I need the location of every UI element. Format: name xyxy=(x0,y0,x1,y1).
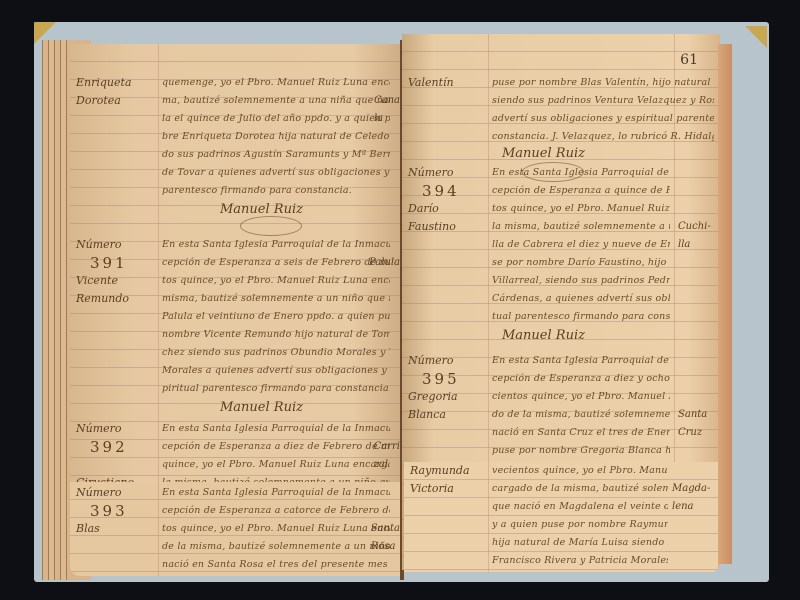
side-note-line: Cana xyxy=(374,92,400,110)
text-line: tos quince, yo el Pbro. Manuel Ruiz Luna… xyxy=(492,200,670,218)
text-line: y a quien puse por nombre Raymunda Victo… xyxy=(492,516,668,534)
entry-text: En esta Santa Iglesia Parroquial de la I… xyxy=(162,236,390,398)
text-line: vecientos quince, yo el Pbro. Manuel Rui… xyxy=(492,462,668,480)
side-note: Carri zal xyxy=(374,438,400,474)
text-line: En esta Santa Iglesia Parroquial de la I… xyxy=(162,420,390,438)
entry-name-margin: Valentín xyxy=(408,74,488,92)
text-line: piritual parentesco firmando para consta… xyxy=(162,380,390,398)
text-line: En esta Santa Iglesia Parroquial de la I… xyxy=(162,236,390,254)
entry-number: 391 xyxy=(76,254,156,272)
text-line: Morales a quienes advertí sus obligacion… xyxy=(162,362,390,380)
text-line: la misma, bautizé solemnemente a un niño… xyxy=(492,218,670,236)
text-line: do sus padrinos Agustín Saramunts y Mª B… xyxy=(162,146,390,164)
text-line: que nació en Magdalena el veinte de Ener… xyxy=(492,498,668,516)
side-note-line: lena xyxy=(672,498,710,516)
text-line: hija natural de María Luisa siendo sus p… xyxy=(492,534,668,552)
name-line: Valentín xyxy=(408,74,488,92)
text-line: tos quince, yo el Pbro. Manuel Ruiz Luna… xyxy=(162,272,390,290)
side-note-line: Magda- xyxy=(672,480,710,498)
name-line: Darío xyxy=(408,200,488,218)
text-line: chez siendo sus padrinos Obundio Morales… xyxy=(162,344,390,362)
signature: Manuel Ruiz xyxy=(220,202,303,217)
name-line: Raymunda xyxy=(410,462,490,480)
text-line: nombre Vicente Remundo hijo natural de T… xyxy=(162,326,390,344)
side-note-line: Cuchi- xyxy=(678,218,711,236)
entry-label: Número xyxy=(76,420,156,438)
left-page-lower: Número 393 Blas En esta Santa Iglesia Pa… xyxy=(70,482,402,576)
text-line: quince, yo el Pbro. Manuel Ruiz Luna enc… xyxy=(162,456,390,474)
text-line: constancia. J. Velazquez, lo rubricó R. … xyxy=(492,128,714,146)
entry-name-margin: Enriqueta Dorotea xyxy=(76,74,156,110)
text-line: Villarreal, siendo sus padrinos Pedro Av… xyxy=(492,272,670,290)
name-line: Faustino xyxy=(408,218,488,236)
text-line: nació en Santa Cruz el tres de Enero ppd… xyxy=(492,424,670,442)
entry-number: 393 xyxy=(76,502,156,520)
side-note-line: Palula xyxy=(369,254,400,272)
side-note: Santa Rosa xyxy=(371,520,400,556)
side-note: Cuchi- lla xyxy=(678,218,711,254)
side-note-line: Rosa xyxy=(371,538,400,556)
text-line: cepción de Esperanza a seis de Febrero d… xyxy=(162,254,390,272)
text-line: ma, bautizé solemnemente a una niña que … xyxy=(162,92,390,110)
entry-label: Número xyxy=(76,484,156,502)
entry-number-margin: Número 393 Blas xyxy=(76,484,156,538)
entry-number-margin: Número 395 Gregoria Blanca xyxy=(408,352,488,424)
text-line: do de la misma, bautizé solemnemente a u… xyxy=(492,406,670,424)
entry-number: 395 xyxy=(408,370,488,388)
text-line: siendo sus padrinos Ventura Velazquez y … xyxy=(492,92,714,110)
entry-number-margin: Número 391 Vicente Remundo xyxy=(76,236,156,308)
name-line: Blas xyxy=(76,520,156,538)
entry-number: 394 xyxy=(408,182,488,200)
name-line: Gregoria xyxy=(408,388,488,406)
text-line: cepción de Esperanza a diez de Febrero d… xyxy=(162,438,390,456)
side-note-line: lla xyxy=(678,236,711,254)
text-line: puse por nombre Blas Valentín, hijo natu… xyxy=(492,74,714,92)
side-note-line: Santa xyxy=(371,520,400,538)
side-note: Palula xyxy=(369,254,400,272)
text-line: cargado de la misma, bautizé solemnement… xyxy=(492,480,668,498)
text-line: de la misma, bautizé solemnemente a un n… xyxy=(162,538,390,556)
text-line: tual parentesco firmando para constancia… xyxy=(492,308,670,326)
page-edge-right xyxy=(718,44,732,564)
text-line: En esta Santa Iglesia Parroquial de la I… xyxy=(492,164,670,182)
text-line: puse por nombre Gregoria Blanca hija nat… xyxy=(492,442,670,460)
name-line: Dorotea xyxy=(76,92,156,110)
entry-label: Número xyxy=(408,164,488,182)
text-line: En esta Santa Iglesia Parroquial de la I… xyxy=(162,484,390,502)
entry-text: En esta Santa Iglesia Parroquial de la I… xyxy=(492,462,668,570)
entry-text: En esta Santa Iglesia Parroquial de la I… xyxy=(162,484,390,574)
text-line: Cárdenas, a quienes advertí sus obligaci… xyxy=(492,290,670,308)
entry-text: En esta Santa Iglesia Parroquial de la I… xyxy=(492,164,670,326)
text-line: En esta Santa Iglesia Parroquial de la I… xyxy=(492,352,670,370)
text-line: Francisco Rivera y Patricia Morales a qu… xyxy=(492,552,668,570)
name-line: Remundo xyxy=(76,290,156,308)
entry-label: Número xyxy=(408,352,488,370)
entry-number-margin: Número 394 Darío Faustino xyxy=(408,164,488,236)
entry-text: quemenge, yo el Pbro. Manuel Ruiz Luna e… xyxy=(162,74,390,200)
text-line: cepción de Esperanza a quince de Febrero… xyxy=(492,182,670,200)
text-line: tos quince, yo el Pbro. Manuel Ruiz Luna… xyxy=(162,520,390,538)
signature: Manuel Ruiz xyxy=(502,328,585,343)
side-note-line: zal xyxy=(374,456,400,474)
text-line: cientos quince, yo el Pbro. Manuel Ruiz … xyxy=(492,388,670,406)
name-line: Victoria xyxy=(410,480,490,498)
name-line: Enriqueta xyxy=(76,74,156,92)
side-note: Santa Cruz xyxy=(678,406,707,442)
page-number: 61 xyxy=(680,52,698,68)
entry-number-margin: Número 396 Raymunda Victoria xyxy=(410,462,490,498)
text-line: cepción de Esperanza a catorce de Febrer… xyxy=(162,502,390,520)
entry-number: 392 xyxy=(76,438,156,456)
text-line: misma, bautizé solemnemente a un niño qu… xyxy=(162,290,390,308)
entry-label: Número xyxy=(76,236,156,254)
text-line: de Tovar a quienes advertí sus obligacio… xyxy=(162,164,390,182)
side-note-line: la xyxy=(374,110,400,128)
side-note: Magda- lena xyxy=(672,480,710,516)
text-line: quemenge, yo el Pbro. Manuel Ruiz Luna e… xyxy=(162,74,390,92)
side-note-line: Carri xyxy=(374,438,400,456)
text-line: lla de Cabrera el diez y nueve de Enero … xyxy=(492,236,670,254)
side-note-line: Cruz xyxy=(678,424,707,442)
signature: Manuel Ruiz xyxy=(502,146,585,161)
text-line: la el quince de Julio del año ppdo. y a … xyxy=(162,110,390,128)
side-note-line: Santa xyxy=(678,406,707,424)
side-note: Cana la xyxy=(374,92,400,128)
name-line: Vicente xyxy=(76,272,156,290)
signature-flourish xyxy=(240,216,302,236)
text-line: advertí sus obligaciones y espiritual pa… xyxy=(492,110,714,128)
entry-text: puse por nombre Blas Valentín, hijo natu… xyxy=(492,74,714,146)
text-line: se por nombre Darío Faustino, hijo natur… xyxy=(492,254,670,272)
text-line: parentesco firmando para constancia. xyxy=(162,182,390,200)
text-line: cepción de Esperanza a diez y ocho de Fe… xyxy=(492,370,670,388)
name-line: Blanca xyxy=(408,406,488,424)
text-line: Palula el veintiuno de Enero ppdo. a qui… xyxy=(162,308,390,326)
margin-rule xyxy=(158,482,159,576)
signature: Manuel Ruiz xyxy=(220,400,303,415)
right-page-lower: Número 396 Raymunda Victoria En esta San… xyxy=(404,462,718,572)
text-line: bre Enriqueta Dorotea hija natural de Ce… xyxy=(162,128,390,146)
text-line: nació en Santa Rosa el tres del presente… xyxy=(162,556,390,574)
